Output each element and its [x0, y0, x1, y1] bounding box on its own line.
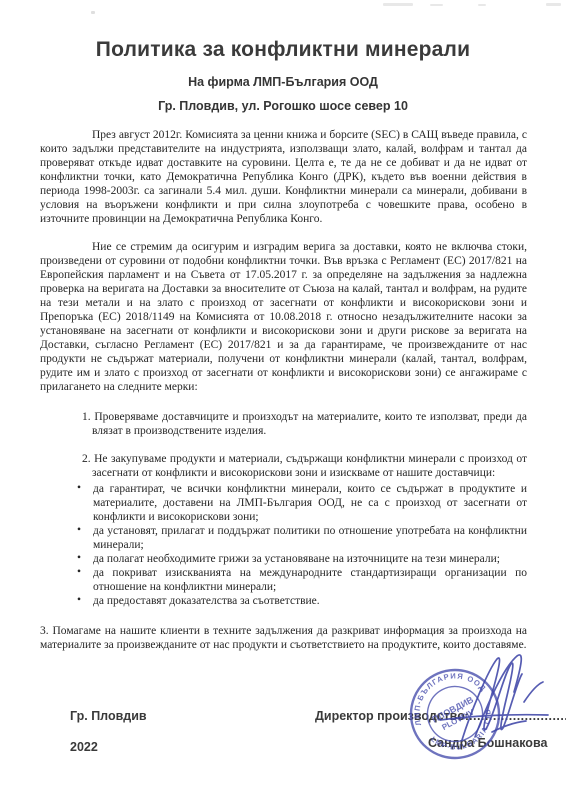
- handwritten-signature: [440, 655, 548, 740]
- bullet-text: да полагат необходимите грижи за установ…: [93, 553, 500, 565]
- bullet-marker: •: [77, 551, 81, 565]
- paragraph-regulation: Ние се стремим да осигурим и изградим ве…: [40, 240, 527, 394]
- footer-year: 2022: [70, 740, 98, 754]
- bullet-marker: •: [77, 481, 81, 495]
- bullet-text: да предоставят доказателства за съответс…: [93, 595, 320, 607]
- document-body: През август 2012г. Комисията за ценни кн…: [40, 128, 527, 652]
- paragraph-intro: През август 2012г. Комисията за ценни кн…: [40, 128, 527, 226]
- bullet-list: • да гарантират, че всички конфликтни ми…: [40, 482, 527, 608]
- subtitle-company: На фирма ЛМП-България ООД: [0, 75, 566, 89]
- footer-city: Гр. Пловдив: [70, 709, 147, 723]
- bullet-item: • да покриват изискванията на международ…: [40, 566, 527, 594]
- scan-artifact: [383, 3, 413, 6]
- bullet-marker: •: [77, 523, 81, 537]
- scan-artifact: [478, 4, 486, 6]
- bullet-text: да покриват изискванията на международни…: [93, 567, 527, 593]
- document-title: Политика за конфликтни минерали: [0, 38, 566, 62]
- document-header: Политика за конфликтни минерали На фирма…: [0, 0, 566, 113]
- bullet-text: да установят, прилагат и поддържат полит…: [93, 525, 527, 551]
- bullet-item: • да предоставят доказателства за съотве…: [40, 594, 527, 608]
- scan-artifact: [430, 4, 443, 6]
- bullet-marker: •: [77, 593, 81, 607]
- stamp-and-signature: ЛМП-БЪЛГАРИЯ ООД LMP-BULGARIA LTD ПЛОВДИ…: [396, 642, 566, 794]
- bullet-marker: •: [77, 565, 81, 579]
- subtitle-address: Гр. Пловдив, ул. Рогошко шосе север 10: [0, 99, 566, 113]
- bullet-item: • да полагат необходимите грижи за устан…: [40, 552, 527, 566]
- list-item-2: 2. Не закупуваме продукти и материали, с…: [82, 452, 527, 480]
- scan-artifact: [91, 11, 95, 14]
- document-page: Политика за конфликтни минерали На фирма…: [0, 0, 566, 800]
- list-item-1: 1. Проверяваме доставчиците и произходът…: [82, 410, 527, 438]
- bullet-item: • да гарантират, че всички конфликтни ми…: [40, 482, 527, 524]
- bullet-item: • да установят, прилагат и поддържат пол…: [40, 524, 527, 552]
- scan-artifact: [546, 3, 561, 6]
- bullet-text: да гарантират, че всички конфликтни мине…: [93, 483, 527, 523]
